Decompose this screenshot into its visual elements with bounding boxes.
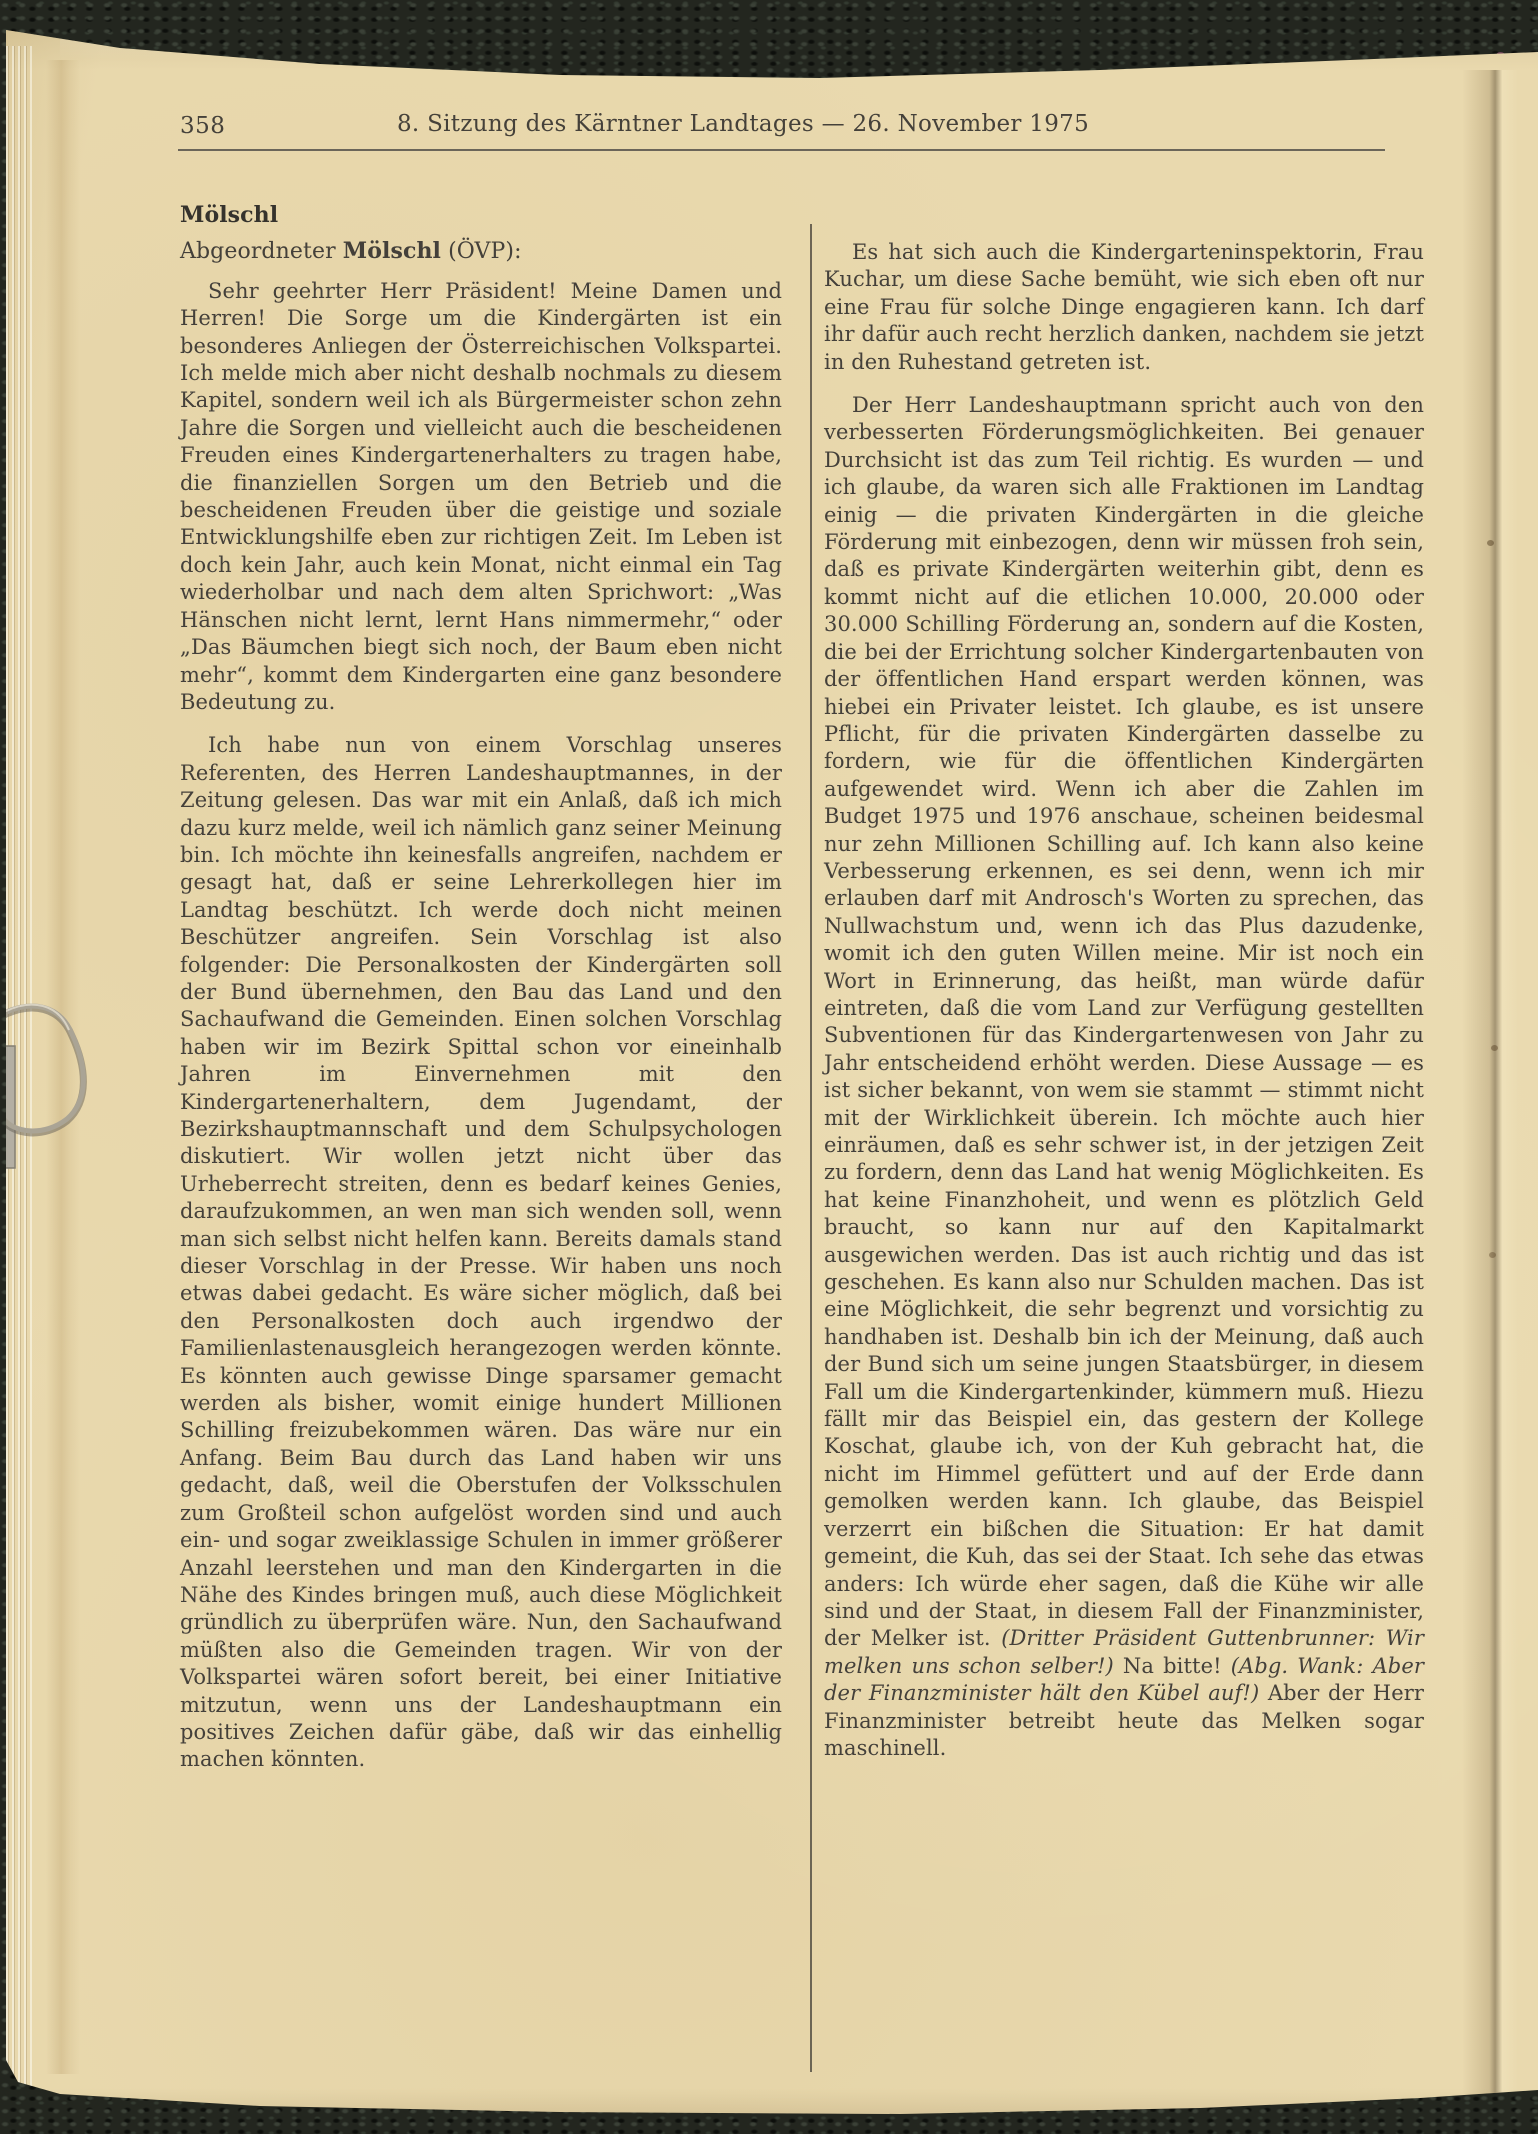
paragraph: Es hat sich auch die Kindergarteninspekt… [824, 239, 1424, 376]
paragraph: Sehr geehrter Herr Präsident! Meine Dame… [180, 278, 782, 717]
text-segment: Ich habe nun von einem Vorschlag unseres… [180, 733, 782, 1771]
right-column: Es hat sich auch die Kindergarteninspekt… [824, 202, 1424, 1778]
column-divider [810, 224, 812, 2072]
speaker-heading: Mölschl [180, 202, 782, 229]
text-segment: Mölschl [343, 238, 441, 264]
text-segment: Sehr geehrter Herr Präsident! Meine Dame… [180, 279, 782, 714]
paragraph: Ich habe nun von einem Vorschlag unseres… [180, 732, 782, 1773]
clip-plate [0, 1046, 15, 1168]
text-segment: Na bitte! [1114, 1654, 1231, 1678]
text-segment: Der Herr Landeshauptmann spricht auch vo… [824, 393, 1424, 1650]
glare-streak [60, 25, 621, 70]
text-segment: Abgeordneter [180, 239, 343, 264]
staple-dimples [1487, 540, 1494, 546]
gutter-crease [1462, 70, 1534, 2104]
binder-clip-icon [0, 988, 130, 1208]
header-rule [178, 149, 1385, 151]
photo-background: 358 8. Sitzung des Kärntner Landtages — … [0, 0, 1538, 2134]
running-header: 8. Sitzung des Kärntner Landtages — 26. … [178, 111, 1308, 137]
speech-text-left: Sehr geehrter Herr Präsident! Meine Dame… [180, 278, 782, 1774]
left-column: Mölschl Abgeordneter Mölschl (ÖVP): Sehr… [180, 202, 782, 1790]
speech-text-right: Es hat sich auch die Kindergarteninspekt… [824, 239, 1424, 1762]
speaker-intro: Abgeordneter Mölschl (ÖVP): [180, 238, 782, 265]
text-segment: (ÖVP): [441, 239, 522, 264]
text-segment: Es hat sich auch die Kindergarteninspekt… [824, 240, 1424, 374]
book-page: 358 8. Sitzung des Kärntner Landtages — … [0, 0, 1538, 2134]
paragraph: Der Herr Landeshauptmann spricht auch vo… [824, 392, 1424, 1762]
